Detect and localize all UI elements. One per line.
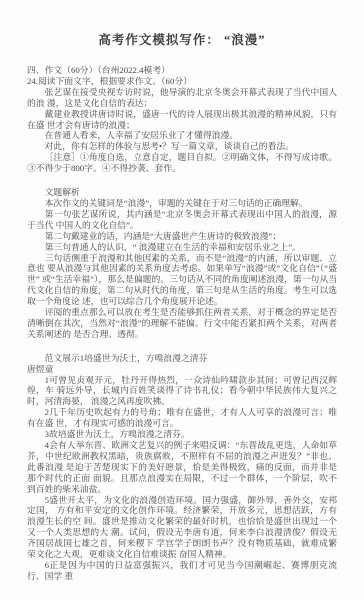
document-title: 高考作文模拟写作： “浪漫” [0, 0, 364, 48]
question-line: 24.阅读下面文字，根据要求作文。（60分） [27, 76, 337, 87]
prompt-paragraph: 对此，你有怎样的体验与思考•？写一篇文章，谈谈自己的看法。 [27, 141, 337, 152]
analysis-paragraph: 本次作文的关键词是“浪漫”，审题的关键在于对三句话的正确理解。 [27, 198, 337, 209]
prompt-paragraph: 张艺谋在接受央视专访时说，他导演的北京冬奥会开幕式表现了当代中国人的浪 漫，这是… [27, 87, 337, 109]
sample-essay-title: 范文展示1培盛世为沃土，方嗅浪漫之清芬 [27, 353, 337, 364]
document-page: 高考作文模拟写作： “浪漫” 四、作文（60分）（台州2022.4模考） 24.… [0, 0, 364, 600]
analysis-paragraph: 评阅的重点那么可以放在考生是否能够抓住两者关系，对于概念的界定是否清晰倒在其次，… [27, 307, 337, 340]
essay-paragraph: 5盛世开太平，为文化的浪漫创造环境。国力强盛，御外辱，善外交，安邦定国， 方有和… [27, 495, 337, 560]
analysis-paragraph: 三句话侧重于浪漫和其他因素的关系，而不是“浪漫”的内涵，所以审题、立意也 要从浪… [27, 253, 337, 308]
prompt-notes-paragraph: ［注意］①角度自选，立意自定，题目自拟。②明确文体，不得写成诗歌。③不得少于80… [27, 152, 337, 174]
analysis-paragraph: 第三句普通人的认识，“ 浪漫建立在生活的幸福和安居乐业之上”。 [27, 242, 337, 253]
essay-paragraph: 3故培盛世为沃土，方嗅浪漫之清芬。 [27, 429, 337, 440]
prompt-paragraph: 戴建业教授讲唐诗时说，盛唐一代的诗人展现出极其浪漫的精神风貌，只有在盛 世才会有… [27, 109, 337, 131]
essay-paragraph: 4会有人举东晋、欧洲文艺复兴的例子来唱反调：“东晋战乱更迭，人命如草芥，中世纪欧… [27, 440, 337, 495]
essay-paragraph: 2几千年历史吹起有力的号角；唯有在盛世，才有人人可享的浪漫可言；唯有在盛 世，才… [27, 407, 337, 429]
analysis-paragraph: 第二句戴建业的话，内涵是“大唐盛世产生唐诗的极致浪漫”； [27, 231, 337, 242]
sample-essay-author: 唐煜童 [27, 364, 337, 375]
analysis-paragraph: 第一句张艺谋所说，其内涵是“北京冬奥会开幕式表现出中国人的浪漫，源于当代 中国人… [27, 209, 337, 231]
analysis-heading: 文题解析 [27, 187, 337, 198]
essay-paragraph: 1可曾见贞观开元，牡丹开得热烈，一众诗仙吟啸款步其间；可曾记西汉辉煌，车 骑远外… [27, 375, 337, 408]
prompt-paragraph: 在普通人看来，人幸福了安居乐业了才懂得浪漫。 [27, 130, 337, 141]
exam-section-line: 四、作文（60分）（台州2022.4模考） [27, 65, 337, 76]
essay-paragraph: 6正是因为中国的日益富强振兴，我们才可见当今国潮崛起、赛博朋克流行、国学 重 [27, 560, 337, 582]
document-body: 四、作文（60分）（台州2022.4模考） 24.阅读下面文字，根据要求作文。（… [0, 48, 364, 582]
